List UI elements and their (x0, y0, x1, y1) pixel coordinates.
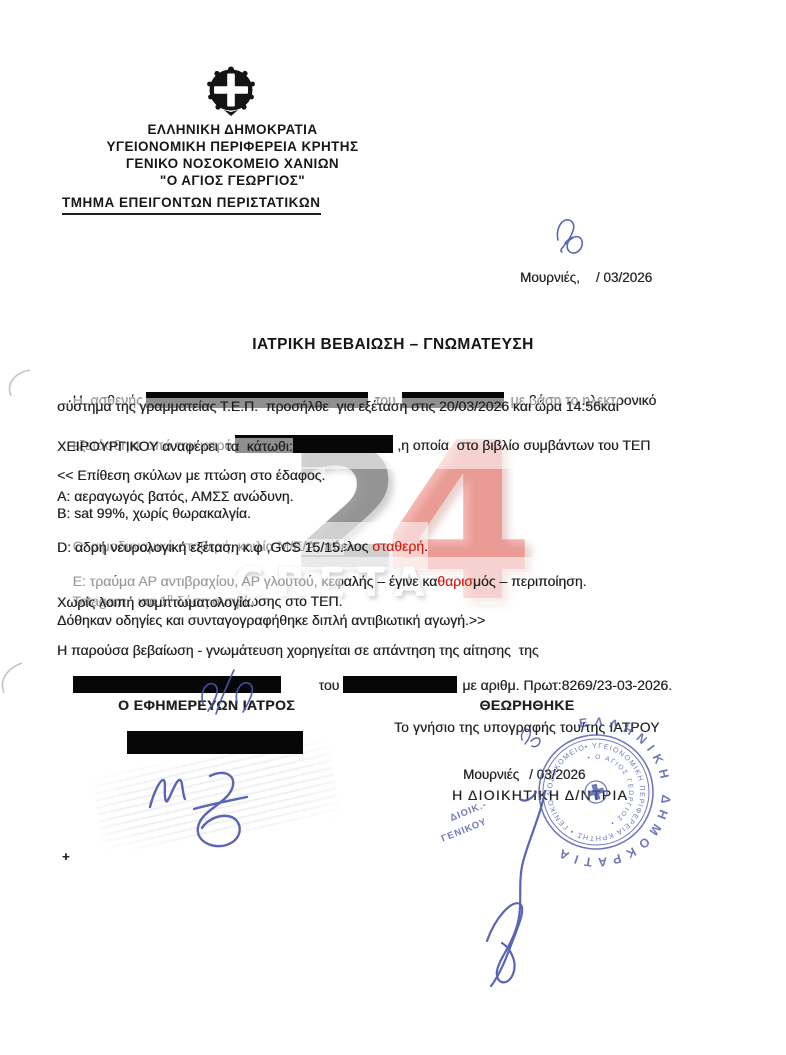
document-title: ΙΑΤΡΙΚΗ ΒΕΒΑΙΩΣΗ – ΓΝΩΜΑΤΕΥΣΗ (0, 336, 786, 354)
intro-line-2: σύστημα της γραμματείας Τ.Ε.Π. προσήλθε … (57, 398, 619, 414)
certified-subtitle: Το γνήσιο της υπογραφής του/της ΙΑΤΡΟΥ (394, 720, 660, 735)
finding-text: . (424, 538, 428, 554)
handwritten-day-mark (557, 220, 582, 253)
partial-stamp-text-2: ΓΕΝΙΚΟΥ (440, 816, 489, 844)
finding-line-instructions: Δόθηκαν οδηγίες και συνταγογραφήθηκε διπ… (57, 612, 485, 628)
greek-republic-emblem-icon (204, 66, 258, 118)
finding-text: μός – περιποίηση. (473, 573, 587, 589)
certified-title: ΘΕΩΡΗΘΗΚΕ (432, 697, 622, 713)
letterhead-line-hospital: ΓΕΝΙΚΟ ΝΟΣΟΚΟΜΕΙΟ ΧΑΝΙΩΝ (55, 155, 410, 172)
doctor-signature-title: Ο ΕΦΗΜΕΡΕΥΩΝ ΙΑΤΡΟΣ (118, 697, 295, 713)
admin-signature-ink (487, 791, 545, 986)
plus-mark: + (62, 849, 70, 864)
letterhead-line-region: ΥΓΕΙΟΝΟΜΙΚΗ ΠΕΡΙΦΕΡΕΙΑ ΚΡΗΤΗΣ (55, 138, 410, 155)
dateline: Μουρνιές,/ 03/2026 (505, 255, 652, 300)
finding-line-d: D: αδρή νευρολογική εξέταση κ.φ ,GCS 15/… (57, 539, 344, 555)
redaction-box-doctor-signature-name (127, 731, 303, 754)
finding-line-no-symptoms: Χωρίς λοιπή συμπτωματολογία. (57, 594, 254, 610)
finding-red-text: σταθερή (372, 538, 424, 554)
letterhead-line-hospital-name: "Ο ΑΓΙΟΣ ΓΕΩΡΓΙΟΣ" (55, 172, 410, 189)
closing-line-1: Η παρούσα βεβαίωση - γνωμάτευση χορηγείτ… (57, 642, 539, 658)
intro-text: ,η οποία στο βιβλίο συμβάντων του ΤΕΠ (397, 437, 650, 453)
certified-city: Μουρνιές (463, 767, 519, 782)
medical-certificate-document: 2 4 CRETA ΕΛΛΗΝΙΚΗ ΔΗΜΟΚΡΑΤΙΑ ΥΓΕΙΟΝΟΜΙΚ… (0, 0, 786, 1055)
finding-line-b: Β: sat 99%, χωρίς θωρακαλγία. (57, 505, 251, 521)
faint-doctor-stamp (91, 738, 341, 855)
redaction-box-applicant-father (343, 676, 457, 693)
letterhead-line-republic: ΕΛΛΗΝΙΚΗ ΔΗΜΟΚΡΑΤΙΑ (55, 121, 410, 138)
finding-red-text: θαρισ (437, 573, 473, 589)
closing-text: του (319, 677, 340, 693)
closing-text: με αριθμ. Πρωτ:8269/23-03-2026. (462, 677, 672, 693)
redaction-box-applicant-name (73, 676, 281, 693)
dateline-city: Μουρνιές, (520, 270, 580, 285)
intro-line-4: ΧΕΙΡΟΥΡΓΙΚΟΥ αναφέρει τα κάτωθι: (57, 438, 293, 454)
finding-line-a: Α: αεραγωγός βατός, ΑΜΣΣ ανώδυνη. (57, 488, 293, 504)
finding-line-open: << Επίθεση σκύλων με πτώση στο έδαφος. (57, 467, 325, 483)
department-title: ΤΜΗΜΑ ΕΠΕΙΓΟΝΤΩΝ ΠΕΡΙΣΤΑΤΙΚΩΝ (62, 195, 321, 215)
certified-date: / 03/2026 (529, 767, 585, 782)
dateline-date: / 03/2026 (596, 270, 652, 285)
letterhead: ΕΛΛΗΝΙΚΗ ΔΗΜΟΚΡΑΤΙΑ ΥΓΕΙΟΝΟΜΙΚΗ ΠΕΡΙΦΕΡΕ… (55, 121, 410, 189)
